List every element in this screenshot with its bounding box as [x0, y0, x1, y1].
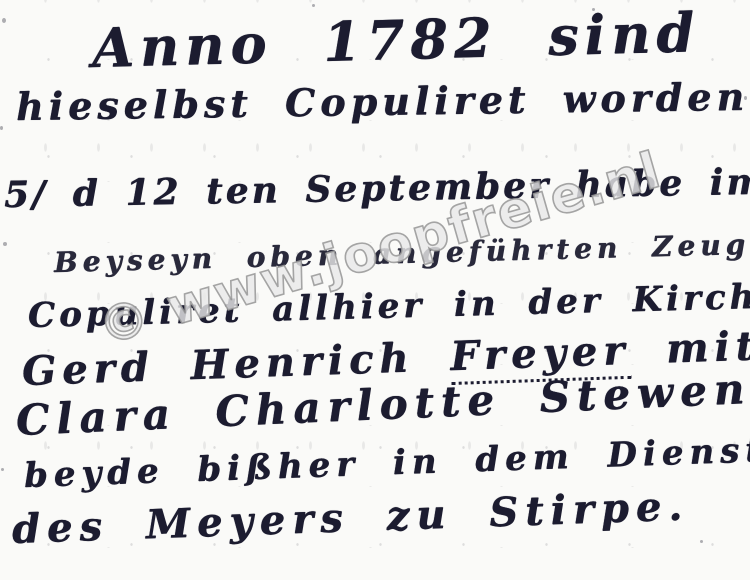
document-scan: Anno 1782 sind hieselbst Copuliret worde…: [0, 0, 750, 580]
scan-speck: [592, 8, 595, 11]
scan-speck: [2, 18, 6, 23]
scan-speck: [700, 540, 703, 543]
manuscript-line-year-heading: Anno 1782 sind: [91, 0, 701, 80]
scan-speck: [0, 126, 3, 130]
manuscript-line-entry-date: 5/ d 12 ten September habe im: [4, 161, 750, 216]
manuscript-line-witnesses: Beyseyn oben angeführten Zeugen: [54, 227, 750, 279]
scan-speck: [1, 468, 4, 471]
scan-speck: [744, 96, 747, 100]
scan-speck: [312, 4, 315, 7]
manuscript-line-place: des Meyers zu Stirpe.: [11, 482, 690, 553]
manuscript-line-heading-2: hieselbst Copuliret worden:: [16, 74, 750, 129]
scan-speck: [3, 242, 7, 246]
